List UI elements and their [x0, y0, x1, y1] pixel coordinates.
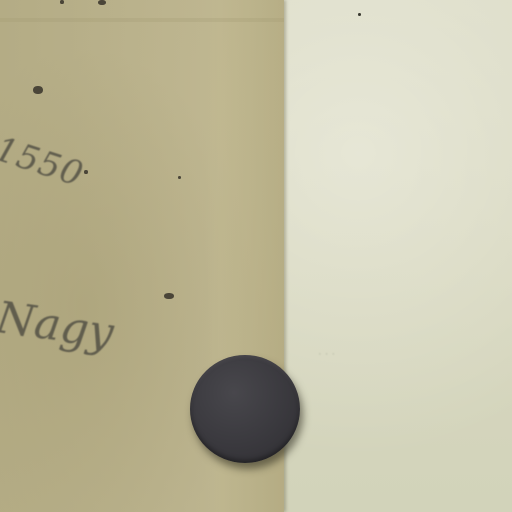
dirt-speck — [178, 176, 181, 179]
dirt-speck — [164, 293, 174, 299]
faint-marking: · · · — [318, 348, 335, 360]
dirt-speck — [358, 13, 361, 16]
photo-scene: 1550 Nagy · · · — [0, 0, 512, 512]
pencil-word-annotation: Nagy — [0, 292, 117, 359]
pencil-number-annotation: 1550 — [0, 129, 88, 195]
dirt-speck — [33, 86, 43, 94]
dirt-speck — [84, 170, 88, 174]
paper-top-crease — [0, 18, 284, 22]
dirt-speck — [60, 0, 64, 4]
dark-round-magnet — [190, 355, 300, 463]
dirt-speck — [98, 0, 106, 5]
